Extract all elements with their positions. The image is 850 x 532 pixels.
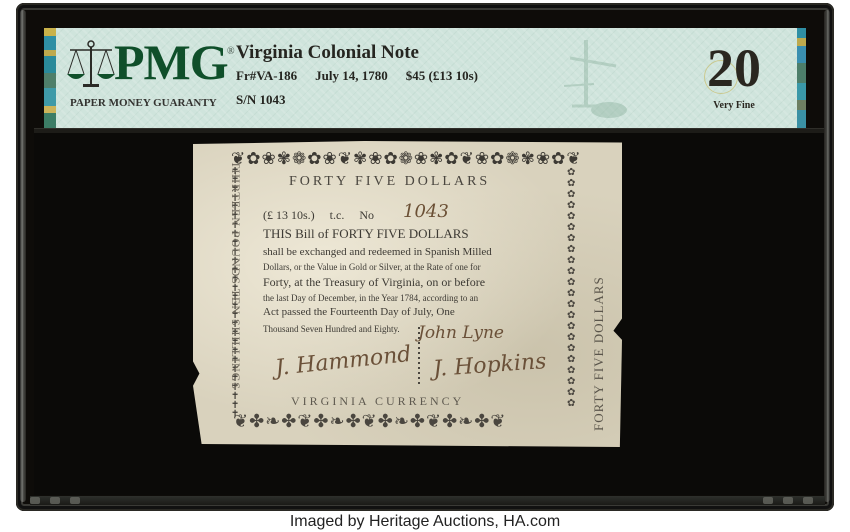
note-details: Fr#VA-186July 14, 1780$45 (£13 10s) xyxy=(236,68,496,84)
signature: John Lyne xyxy=(418,323,504,343)
note-title: Virginia Colonial Note xyxy=(236,42,419,64)
holder-notch xyxy=(783,497,793,504)
image-credit: Imaged by Heritage Auctions, HA.com xyxy=(0,512,850,532)
note-text-line: shall be exchanged and redeemed in Spani… xyxy=(263,246,492,258)
note-text-line: the last Day of December, in the Year 17… xyxy=(263,293,478,303)
catalog-number: Fr#VA-186 xyxy=(236,68,297,83)
note-prefix: t.c. xyxy=(330,208,345,222)
note-text-line: Dollars, or the Value in Gold or Silver,… xyxy=(263,262,481,272)
holder-notch xyxy=(803,497,813,504)
serial-number: S/N 1043 xyxy=(236,92,285,108)
brand-tagline: PAPER MONEY GUARANTY xyxy=(70,97,217,109)
note-text-line: THIS Bill of FORTY FIVE DOLLARS xyxy=(263,226,469,242)
grade-description: Very Fine xyxy=(694,100,774,111)
note-text-line: Forty, at the Treasury of Virginia, on o… xyxy=(263,275,485,290)
colonial-banknote: ❦✿❀✾❁✿❀❦✾❀✿❁❀✾✿❦❀✿❁✾❀✿❦ ✝✝✝✝✝✝✝✝✝✝✝✝✝✝✝✝… xyxy=(193,141,622,447)
number-label: No xyxy=(359,208,374,222)
side-text-right: FORTY FIVE DOLLARS xyxy=(591,171,607,431)
pmg-logo: PMG xyxy=(114,34,228,90)
holder-notch xyxy=(70,497,80,504)
note-footer: VIRGINIA CURRENCY xyxy=(291,394,464,409)
note-value-line: (£ 13 10s.) t.c. No xyxy=(263,208,374,223)
registered-mark: ® xyxy=(227,46,235,57)
issue-date: July 14, 1780 xyxy=(315,68,388,83)
holder-notch xyxy=(763,497,773,504)
hologram-strip-right xyxy=(797,28,806,128)
watermark-scales-icon xyxy=(564,36,644,124)
label-divider xyxy=(34,128,824,133)
signature: J. Hammond xyxy=(274,342,412,381)
holder-notch xyxy=(30,497,40,504)
grade-number: 20 xyxy=(694,38,774,98)
holder-edge-left xyxy=(20,10,26,502)
holder-bottom-rail xyxy=(30,496,825,505)
side-text-left: THIRTEEN POUNDS TEN SHILLINGS xyxy=(228,161,243,421)
signature: J. Hopkins xyxy=(432,349,547,382)
holder-notch xyxy=(50,497,60,504)
ornament-border-bottom: ❦✤❧✤❦✤❧✤❦✤❧✤❦✤❧✤❦ xyxy=(233,411,588,437)
denomination: $45 (£13 10s) xyxy=(406,68,478,83)
note-text-line: Thousand Seven Hundred and Eighty. xyxy=(263,324,400,334)
ornament-border-right: ✿✿✿✿✿✿✿✿✿✿✿✿✿✿✿✿✿✿✿✿✿✿ xyxy=(567,167,577,417)
note-heading: FORTY FIVE DOLLARS xyxy=(289,174,490,190)
grading-label: PMG ® PAPER MONEY GUARANTY Virginia Colo… xyxy=(44,28,806,128)
sterling-value: (£ 13 10s.) xyxy=(263,208,315,222)
note-text-line: Act passed the Fourteenth Day of July, O… xyxy=(263,306,455,318)
handwritten-serial: 1043 xyxy=(403,201,449,222)
holder-edge-right xyxy=(824,10,830,502)
ornament-border-top: ❦✿❀✾❁✿❀❦✾❀✿❁❀✾✿❦❀✿❁✾❀✿❦ xyxy=(231,149,581,171)
scales-of-justice-icon xyxy=(66,40,116,88)
hologram-strip-left xyxy=(44,28,56,128)
